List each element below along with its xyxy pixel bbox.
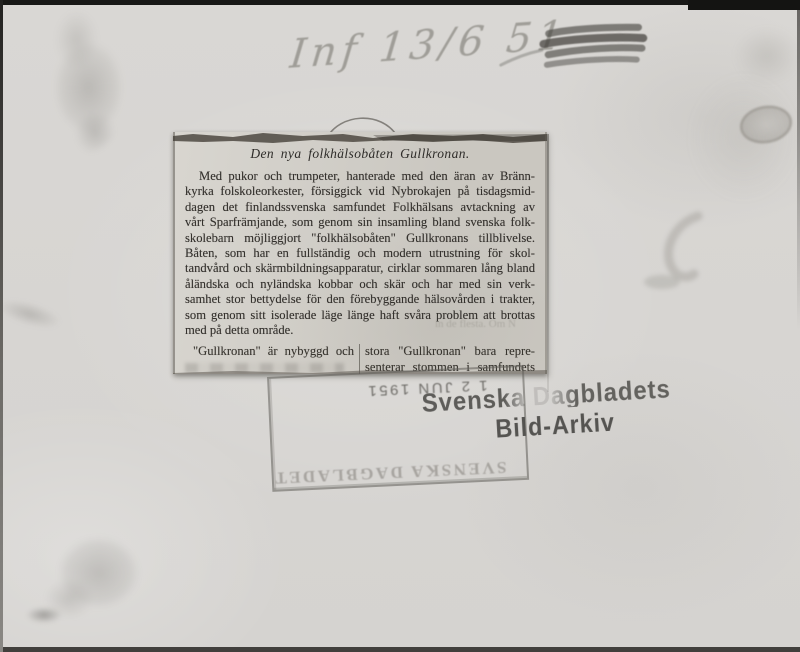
clipping-left-edge — [173, 132, 175, 374]
body-line: åländska och nyländska kobbar och skär o… — [185, 277, 535, 292]
stain-right-soft — [678, 60, 800, 215]
archive-stamp-line2: Bild-Arkiv — [495, 405, 675, 442]
date-stamp-org: SVENSKA DAGBLADET — [267, 457, 512, 488]
smudge-bottom-left-spot — [20, 604, 68, 626]
photo-edge-top — [0, 0, 800, 5]
pencil-scribble-mark — [496, 15, 650, 87]
photo-back-card: Inf 13/6 51 Den nya folkhälsobåten Gullk… — [0, 0, 800, 652]
body-line: vårt Sparfrämjande, som genom sin insaml… — [185, 215, 535, 230]
body-line: samhet stor bettydelse för den förebygga… — [185, 292, 535, 307]
photo-edge-left — [0, 0, 3, 652]
column-right-line: stora "Gullkronan" bara repre- — [365, 344, 535, 359]
body-line: tandvård och skärmbildningsapparatur, ci… — [185, 261, 535, 276]
clipping-headline: Den nya folkhälsobåten Gullkronan. — [185, 146, 535, 162]
crease-line — [547, 134, 549, 392]
column-left-line: "Gullkronan" är nybyggd och — [185, 344, 354, 359]
bleed-through-ghost-text: in de flesta. Om N — [435, 318, 516, 330]
body-line: dagen det finlandssvenska samfundet Folk… — [185, 200, 535, 215]
photo-edge-top-right — [688, 0, 800, 10]
photo-edge-bottom — [0, 647, 800, 652]
body-line: skolebarn möjliggjort "folkhälsobåten" G… — [185, 231, 535, 246]
clipping-text-block: Den nya folkhälsobåten Gullkronan. Med p… — [185, 146, 535, 374]
smudge-top-left — [38, 8, 130, 153]
body-line: Båten, som har en fullständig och modern… — [185, 246, 535, 261]
smudge-left-streak — [0, 279, 73, 350]
newspaper-clipping: Den nya folkhälsobåten Gullkronan. Med p… — [173, 132, 547, 374]
body-line: Med pukor och trumpeter, hanterade med d… — [185, 169, 535, 184]
body-line: kyrka folskoleorkester, försiggick vid N… — [185, 184, 535, 199]
ring-stain — [737, 102, 795, 147]
smudge-bottom-left — [30, 516, 162, 634]
stain-top-right — [726, 20, 800, 92]
stain-hook-curve — [640, 210, 712, 295]
clipping-right-edge — [545, 132, 547, 374]
torn-edge-top — [173, 132, 547, 144]
